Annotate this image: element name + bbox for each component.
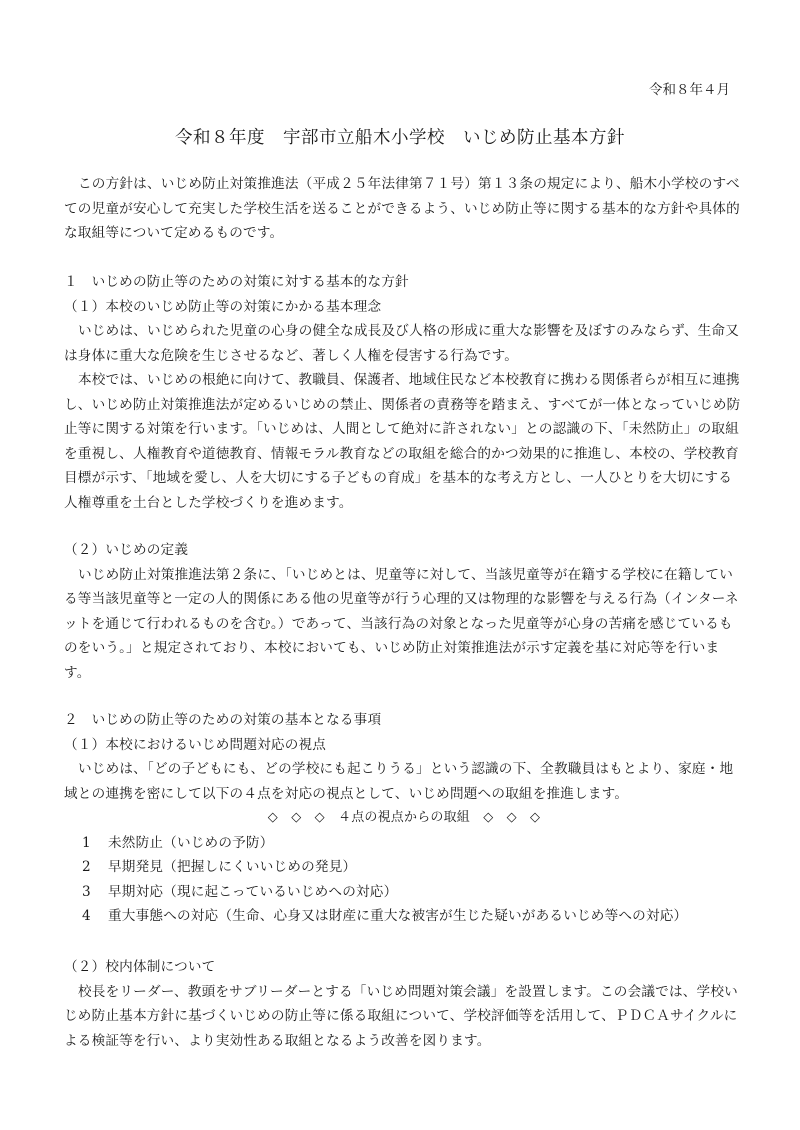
list-item-number: 4 (82, 904, 108, 929)
document-date: 令和８年４月 (649, 78, 730, 98)
section-1-1-paragraph-1: いじめは、いじめられた児童の心身の健全な成長及び人格の形成に重大な影響を及ぼすの… (64, 319, 744, 368)
section-1-2: （２）いじめの定義 いじめ防止対策推進法第２条に、「いじめとは、児童等に対して、… (64, 538, 744, 685)
section-1-1-paragraph-2: 本校では、いじめの根絶に向けて、教職員、保護者、地域住民など本校教育に携わる関係… (64, 368, 744, 515)
section-1-1-heading: （１）本校のいじめ防止等の対策にかかる基本理念 (64, 295, 744, 320)
section-1-2-heading: （２）いじめの定義 (64, 538, 744, 563)
list-item: 3早期対応（現に起こっているいじめへの対応） (64, 880, 744, 905)
list-item-text: 重大事態への対応（生命、心身又は財産に重大な被害が生じた疑いがあるいじめ等への対… (108, 908, 687, 924)
list-item: 4重大事態への対応（生命、心身又は財産に重大な被害が生じた疑いがあるいじめ等への… (64, 904, 744, 929)
document-title: 令和８年度 宇部市立船木小学校 いじめ防止基本方針 (0, 124, 800, 149)
section-2: ２ いじめの防止等のための対策の基本となる事項 （１）本校におけるいじめ問題対応… (64, 708, 744, 929)
section-2-1-heading: （１）本校におけるいじめ問題対応の視点 (64, 733, 744, 758)
section-2-heading: ２ いじめの防止等のための対策の基本となる事項 (64, 708, 744, 733)
list-item-number: 1 (82, 831, 108, 856)
list-item-number: 3 (82, 880, 108, 905)
four-points-title: ◇ ◇ ◇ ４点の視点からの取組 ◇ ◇ ◇ (64, 806, 744, 831)
list-item: 2早期発見（把握しにくいいじめの発見） (64, 855, 744, 880)
document-page: 令和８年４月 令和８年度 宇部市立船木小学校 いじめ防止基本方針 この方針は、い… (0, 0, 800, 1130)
list-item-text: 早期対応（現に起こっているいじめへの対応） (108, 884, 397, 900)
section-1-heading: １ いじめの防止等のための対策に対する基本的な方針 (64, 270, 744, 295)
list-item: 1未然防止（いじめの予防） (64, 831, 744, 856)
section-2-2-paragraph-1: 校長をリーダー、教頭をサブリーダーとする「いじめ問題対策会議」を設置します。この… (64, 980, 744, 1054)
section-2-2: （２）校内体制について 校長をリーダー、教頭をサブリーダーとする「いじめ問題対策… (64, 955, 744, 1053)
section-2-1-paragraph-1: いじめは、「どの子どもにも、どの学校にも起こりうる」という認識の下、全教職員はも… (64, 757, 744, 806)
section-2-2-heading: （２）校内体制について (64, 955, 744, 980)
intro-block: この方針は、いじめ防止対策推進法（平成２５年法律第７１号）第１３条の規定により、… (64, 172, 744, 246)
section-1-2-paragraph-1: いじめ防止対策推進法第２条に、「いじめとは、児童等に対して、当該児童等が在籍する… (64, 563, 744, 686)
list-item-text: 早期発見（把握しにくいいじめの発見） (108, 859, 356, 875)
list-item-text: 未然防止（いじめの予防） (108, 835, 274, 851)
list-item-number: 2 (82, 855, 108, 880)
section-1: １ いじめの防止等のための対策に対する基本的な方針 （１）本校のいじめ防止等の対… (64, 270, 744, 515)
intro-paragraph: この方針は、いじめ防止対策推進法（平成２５年法律第７１号）第１３条の規定により、… (64, 172, 744, 246)
